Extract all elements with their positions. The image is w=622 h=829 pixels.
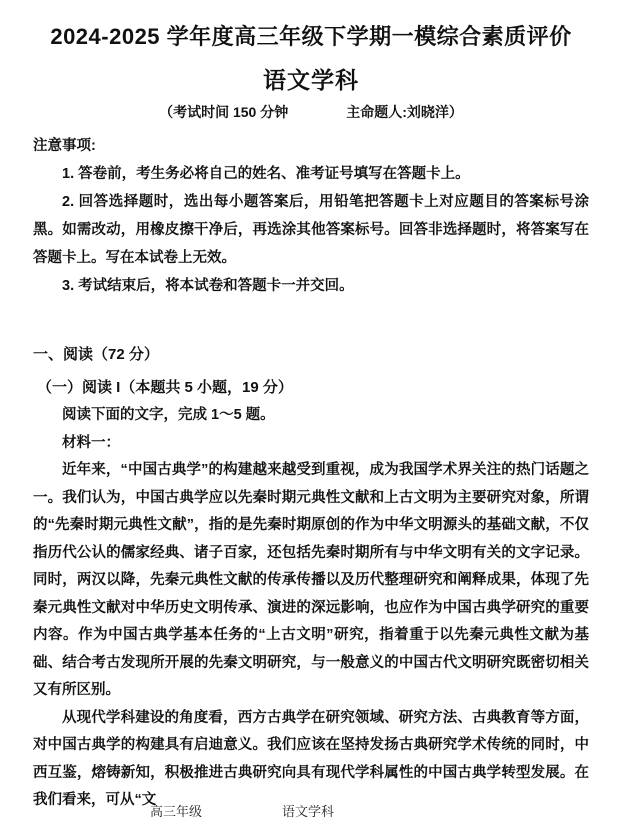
section-title-reading: 一、阅读（72 分） [33,341,589,369]
material-1-paragraph-2: 从现代学科建设的角度看，西方古典学在研究领域、研究方法、古典教育等方面，对中国古… [33,705,589,815]
page-footer: 高三年级 语文学科 [0,801,622,817]
exam-author: 主命题人:刘晓洋） [346,103,463,121]
notice-item-1: 1. 答卷前，考生务必将自己的姓名、准考证号填写在答题卡上。 [33,160,589,188]
exam-paper-page: 2024-2025 学年度高三年级下学期一模综合素质评价 语文学科 （考试时间 … [0,0,622,829]
footer-subject: 语文学科 [282,801,334,820]
subsection-title-reading-1: （一）阅读 I（本题共 5 小题，19 分） [33,374,589,402]
notices-section: 注意事项: 1. 答卷前，考生务必将自己的姓名、准考证号填写在答题卡上。 2. … [33,132,589,300]
notices-heading: 注意事项: [33,132,589,160]
exam-subject-title: 语文学科 [33,67,589,94]
exam-duration: （考试时间 150 分钟 [159,103,288,121]
notice-item-3: 3. 考试结束后，将本试卷和答题卡一并交回。 [33,272,589,300]
notice-item-2: 2. 回答选择题时，选出每小题答案后，用铅笔把答题卡上对应题目的答案标号涂黑。如… [33,188,589,272]
reading-instruction: 阅读下面的文字，完成 1～5 题。 [33,402,589,430]
material-1-paragraph-1: 近年来，“中国古典学”的构建越来越受到重视，成为我国学术界关注的热门话题之一。我… [33,457,589,705]
material-1-label: 材料一： [33,430,589,458]
exam-info-line: （考试时间 150 分钟 主命题人:刘晓洋） [33,103,589,121]
exam-title: 2024-2025 学年度高三年级下学期一模综合素质评价 [33,24,589,50]
reading-section: 一、阅读（72 分） （一）阅读 I（本题共 5 小题，19 分） 阅读下面的文… [33,341,589,815]
footer-grade: 高三年级 [150,801,202,820]
